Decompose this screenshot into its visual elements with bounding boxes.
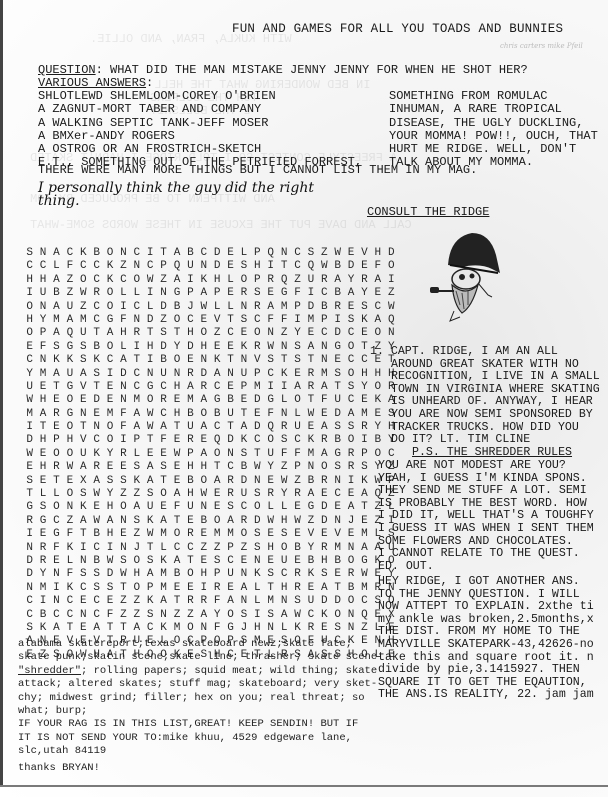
word-search-letter: D [210,260,223,273]
word-search-letter: A [277,609,290,622]
word-search-letter: Z [63,287,76,300]
word-search-letter: R [90,287,103,300]
word-search-letter: K [251,568,264,581]
word-search-letter: R [50,408,63,421]
word-search-letter: E [331,354,344,367]
word-search-letter: L [36,488,49,501]
word-search-letter: H [251,260,264,273]
word-search-row: IUBZWROLLINGPAPERSEGFICBAYEZ [23,287,398,300]
word-search-row: UETGVTENCGCHARCEPMIIARATSYOR [23,381,398,394]
word-search-letter: M [36,582,49,595]
word-search-letter: F [264,314,277,327]
word-search-letter: K [63,542,76,555]
word-search-letter: O [224,609,237,622]
word-search-letter: D [251,515,264,528]
word-search-letter: R [184,434,197,447]
word-search-letter: A [210,475,223,488]
word-search-letter: S [331,461,344,474]
word-search-letter: T [90,327,103,340]
word-search-letter: N [237,301,250,314]
word-search-letter: C [50,609,63,622]
word-search-letter: W [197,301,210,314]
word-search-letter: N [197,354,210,367]
word-search-letter: G [304,501,317,514]
word-search-letter: L [130,448,143,461]
word-search-letter: D [90,394,103,407]
word-search-letter: H [277,515,290,528]
word-search-letter: Z [197,542,210,555]
word-search-letter: A [50,247,63,260]
word-search-letter: Z [63,515,76,528]
word-search-letter: V [77,434,90,447]
word-search-letter: I [23,421,36,434]
word-search-letter: C [63,247,76,260]
word-search-letter: C [331,488,344,501]
word-search-letter: L [117,341,130,354]
word-search-letter: I [36,595,49,608]
word-search-letter: O [197,327,210,340]
word-search-letter: S [77,341,90,354]
word-search-letter: Y [291,327,304,340]
ridge-captain-illustration [420,225,510,325]
word-search-letter: N [23,582,36,595]
word-search-letter: L [251,595,264,608]
word-search-letter: R [184,528,197,541]
word-search-letter: B [304,475,317,488]
word-search-letter: R [344,461,357,474]
word-search-letter: K [36,622,49,635]
word-search-letter: N [277,408,290,421]
word-search-letter: E [117,461,130,474]
word-search-row: SETEXASSKATEBOARDNEWZBRNIKWP [23,475,398,488]
letter-line: HEY RIDGE, I GOT ANOTHER ANS. [378,576,594,589]
word-search-letter: T [277,354,290,367]
word-search-letter: H [103,528,116,541]
word-search-letter: S [90,582,103,595]
word-search-letter: C [291,434,304,447]
word-search-letter: L [117,287,130,300]
word-search-letter: O [130,555,143,568]
word-search-letter: U [23,381,36,394]
word-search-letter: T [224,354,237,367]
word-search-letter: F [277,314,290,327]
word-search-letter: W [103,555,116,568]
word-search-letter: E [184,515,197,528]
word-search-letter: C [157,408,170,421]
word-search-letter: E [331,501,344,514]
word-search-letter: O [344,595,357,608]
word-search-letter: C [318,327,331,340]
word-search-letter: W [144,528,157,541]
word-search-letter: B [304,555,317,568]
word-search-row: WHEOEDENMOREMAGBEDGLOTFUCEKA [23,394,398,407]
word-search-letter: B [36,609,49,622]
word-search-letter: O [184,622,197,635]
word-search-letter: I [264,260,277,273]
word-search-letter: A [371,274,384,287]
word-search-letter: L [144,301,157,314]
word-search-letter: N [77,609,90,622]
word-search-letter: E [304,582,317,595]
word-search-letter: K [237,341,250,354]
word-search-letter: S [77,488,90,501]
word-search-letter: Z [277,327,290,340]
word-search-letter: E [358,260,371,273]
word-search-letter: N [277,247,290,260]
word-search-letter: D [318,595,331,608]
word-search-letter: B [90,555,103,568]
word-search-letter: E [224,381,237,394]
word-search-letter: E [224,247,237,260]
word-search-letter: N [23,542,36,555]
word-search-letter: A [264,301,277,314]
word-search-letter: L [157,542,170,555]
word-search-letter: V [358,247,371,260]
word-search-letter: Z [63,274,76,287]
word-search-letter: E [63,475,76,488]
word-search-letter: H [130,568,143,581]
word-search-letter: N [117,542,130,555]
word-search-letter: H [170,381,183,394]
word-search-letter: K [197,274,210,287]
word-search-letter: F [63,528,76,541]
letter-postscript: P.S. THE SHREDDER RULES [370,447,600,460]
page-bottom-edge [0,785,608,787]
word-search-letter: M [251,381,264,394]
word-search-letter: E [318,408,331,421]
word-search-row: HYMAMCGFNDZOCEVTSCFFIMPISKAQ [23,314,398,327]
word-search-letter: F [117,408,130,421]
word-search-row: DRELNBWSOSKATESCENEUEBHBOGKO [23,555,398,568]
word-search-letter: A [304,341,317,354]
word-search-grid: SNACKBONCITABCDELPQNCSZWEVHDCCLFCCKZNCPQ… [23,247,398,662]
word-search-letter: Z [184,609,197,622]
mag-list-line: alabama skatereport;texas skateboard new… [18,638,363,651]
word-search-row: SNACKBONCITABCDELPQNCSZWEVHD [23,247,398,260]
page-left-edge [0,0,3,785]
word-search-letter: H [197,568,210,581]
word-search-letter: U [237,488,250,501]
word-search-letter: Y [264,461,277,474]
word-search-letter: N [197,260,210,273]
word-search-letter: L [224,301,237,314]
word-search-letter: Z [210,542,223,555]
word-search-letter: A [304,488,317,501]
letter-1: 1. CAPT. RIDGE, I AM AN ALL AROUND GREAT… [370,346,600,459]
word-search-letter: S [331,368,344,381]
word-search-letter: B [331,434,344,447]
answer-item: A WALKING SEPTIC TANK-JEFF MOSER [38,117,362,130]
word-search-letter: A [130,421,143,434]
word-search-letter: C [210,421,223,434]
word-search-letter: T [144,542,157,555]
letter-2: HEY RIDGE, I GOT ANOTHER ANS. TO THE JEN… [378,576,594,702]
word-search-letter: H [36,434,49,447]
mag-list-line: IT IS NOT SEND YOUR TO:mike khuu, 4529 e… [18,732,363,745]
word-search-letter: S [144,488,157,501]
reply-line: I GUESS IT WAS WHEN I SENT THEM [378,523,594,536]
word-search-letter: C [23,260,36,273]
word-search-letter: J [344,515,357,528]
word-search-letter: K [291,622,304,635]
word-search-letter: N [344,609,357,622]
word-search-letter: C [90,434,103,447]
word-search-letter: R [130,327,143,340]
word-search-row: ITEOTNOFAWATUACTADQRUEASSRYH [23,421,398,434]
word-search-letter: O [23,327,36,340]
word-search-letter: B [157,354,170,367]
word-search-letter: E [90,501,103,514]
word-search-letter: E [210,501,223,514]
word-search-letter: U [291,421,304,434]
word-search-letter: C [117,274,130,287]
word-search-letter: C [197,247,210,260]
word-search-letter: K [50,354,63,367]
word-search-letter: C [304,609,317,622]
word-search-letter: S [237,609,250,622]
word-search-letter: T [130,354,143,367]
word-search-letter: E [170,475,183,488]
word-search-letter: E [36,448,49,461]
word-search-letter: F [291,287,304,300]
word-search-letter: R [224,488,237,501]
word-search-letter: Y [103,448,116,461]
word-search-letter: C [224,555,237,568]
word-search-letter: H [197,461,210,474]
word-search-letter: S [117,555,130,568]
mag-list-line: IF YOUR RAG IS IN THIS LIST,GREAT! KEEP … [18,718,363,731]
word-search-letter: H [277,582,290,595]
word-search-letter: Z [385,287,398,300]
word-search-letter: U [264,448,277,461]
word-search-letter: W [318,260,331,273]
word-search-letter: G [50,528,63,541]
word-search-letter: I [184,274,197,287]
word-search-letter: N [237,568,250,581]
word-search-letter: Z [237,542,250,555]
word-search-letter: M [264,595,277,608]
word-search-letter: S [210,555,223,568]
word-search-letter: N [117,381,130,394]
word-search-letter: D [331,408,344,421]
word-search-letter: A [318,421,331,434]
word-search-letter: S [331,421,344,434]
word-search-letter: T [331,381,344,394]
reply-line: I CANNOT RELATE TO THE QUEST. [378,548,594,561]
word-search-letter: D [385,247,398,260]
word-search-letter: A [170,488,183,501]
word-search-letter: S [344,381,357,394]
word-search-letter: S [264,609,277,622]
word-search-letter: G [63,408,76,421]
word-search-letter: C [144,622,157,635]
word-search-letter: M [224,528,237,541]
word-search-letter: I [130,341,143,354]
word-search-letter: R [318,434,331,447]
word-search-letter: P [157,260,170,273]
letter-line: RECOGNITION, I LIVE IN A SMALL [370,371,600,384]
word-search-letter: N [304,461,317,474]
word-search-letter: T [170,421,183,434]
word-search-letter: Z [117,488,130,501]
word-search-letter: T [170,595,183,608]
word-search-letter: O [264,434,277,447]
word-search-letter: W [23,394,36,407]
question-label: QUESTION [38,63,96,77]
word-search-letter: R [36,542,49,555]
word-search-letter: S [264,354,277,367]
word-search-letter: V [251,354,264,367]
word-search-letter: Z [117,260,130,273]
word-search-letter: C [130,247,143,260]
word-search-letter: Q [264,247,277,260]
word-search-letter: A [90,622,103,635]
word-search-letter: L [210,301,223,314]
word-search-letter: Z [130,595,143,608]
word-search-letter: U [224,408,237,421]
word-search-letter: F [291,448,304,461]
word-search-letter: A [197,287,210,300]
word-search-letter: C [344,394,357,407]
word-search-letter: F [63,568,76,581]
word-search-letter: E [170,394,183,407]
word-search-letter: C [184,314,197,327]
word-search-letter: R [344,568,357,581]
word-search-letter: N [144,368,157,381]
answer-item: DISEASE, THE UGLY DUCKLING, [389,117,598,130]
word-search-letter: C [210,381,223,394]
word-search-letter: C [371,301,384,314]
word-search-letter: D [224,434,237,447]
word-search-letter: O [210,448,223,461]
word-search-letter: S [77,354,90,367]
word-search-row: ONAUZCOICLDBJWLLNRAMPDBRESCW [23,301,398,314]
word-search-letter: N [251,475,264,488]
word-search-letter: E [77,622,90,635]
word-search-letter: S [23,475,36,488]
word-search-letter: S [23,247,36,260]
word-search-letter: E [36,475,49,488]
word-search-letter: M [103,408,116,421]
mag-list-line: slc,utah 84119 [18,745,363,758]
word-search-letter: S [36,501,49,514]
word-search-letter: M [304,448,317,461]
word-search-letter: A [170,247,183,260]
word-search-letter: R [291,582,304,595]
word-search-letter: Q [63,327,76,340]
word-search-letter: M [23,408,36,421]
word-search-letter: A [197,609,210,622]
word-search-letter: E [103,595,116,608]
word-search-letter: V [331,528,344,541]
word-search-letter: G [277,287,290,300]
word-search-letter: D [184,341,197,354]
word-search-letter: O [170,528,183,541]
word-search-letter: H [23,314,36,327]
word-search-letter: A [157,515,170,528]
word-search-letter: N [344,622,357,635]
word-search-letter: O [331,609,344,622]
word-search-letter: T [23,488,36,501]
word-search-letter: R [197,381,210,394]
word-search-letter: T [77,528,90,541]
word-search-row: NRFKICINJTLCCZZPZSHOBYRMNAAU [23,542,398,555]
word-search-letter: E [358,327,371,340]
word-search-letter: B [184,247,197,260]
word-search-letter: A [210,368,223,381]
word-search-letter: B [184,475,197,488]
word-search-letter: B [331,287,344,300]
word-search-letter: G [170,287,183,300]
word-search-letter: D [318,501,331,514]
word-search-letter: P [318,314,331,327]
word-search-letter: O [371,327,384,340]
word-search-letter: B [170,301,183,314]
word-search-letter: K [318,609,331,622]
answer-item: A ZAGNUT-MORT TABER AND COMPANY [38,103,362,116]
word-search-letter: Y [210,609,223,622]
page-title: FUN AND GAMES FOR ALL YOU TOADS AND BUNN… [232,22,563,36]
word-search-letter: N [130,314,143,327]
word-search-letter: P [291,301,304,314]
word-search-letter: O [170,354,183,367]
word-search-letter: Q [264,421,277,434]
word-search-letter: O [197,408,210,421]
word-search-letter: E [184,354,197,367]
word-search-letter: K [130,475,143,488]
word-search-letter: N [36,301,49,314]
word-search-letter: I [385,274,398,287]
word-search-letter: A [157,595,170,608]
thanks-note: thanks BRYAN! [18,762,100,774]
word-search-letter: L [277,501,290,514]
word-search-letter: C [63,609,76,622]
word-search-letter: C [23,609,36,622]
word-search-letter: E [103,461,116,474]
word-search-letter: I [291,314,304,327]
word-search-letter: I [344,475,357,488]
word-search-letter: S [90,368,103,381]
word-search-letter: H [117,327,130,340]
word-search-letter: E [103,381,116,394]
word-search-letter: T [210,461,223,474]
word-search-letter: A [170,274,183,287]
word-search-letter: A [358,542,371,555]
word-search-letter: N [385,327,398,340]
word-search-letter: R [184,595,197,608]
reply-line: THEY SEND ME STUFF A LOT. SEMI [378,485,594,498]
word-search-letter: I [144,354,157,367]
word-search-letter: N [197,501,210,514]
word-search-letter: D [210,247,223,260]
word-search-letter: O [144,394,157,407]
word-search-letter: H [103,501,116,514]
word-search-letter: R [344,448,357,461]
mag-list: alabama skatereport;texas skateboard new… [18,638,363,759]
word-search-letter: A [344,287,357,300]
word-search-letter: S [237,260,250,273]
word-search-letter: M [130,394,143,407]
word-search-letter: K [90,354,103,367]
word-search-letter: G [224,622,237,635]
word-search-letter: D [23,434,36,447]
word-search-letter: L [237,247,250,260]
word-search-letter: B [291,542,304,555]
word-search-letter: C [130,381,143,394]
word-search-letter: B [90,341,103,354]
word-search-letter: B [90,247,103,260]
word-search-letter: O [385,260,398,273]
